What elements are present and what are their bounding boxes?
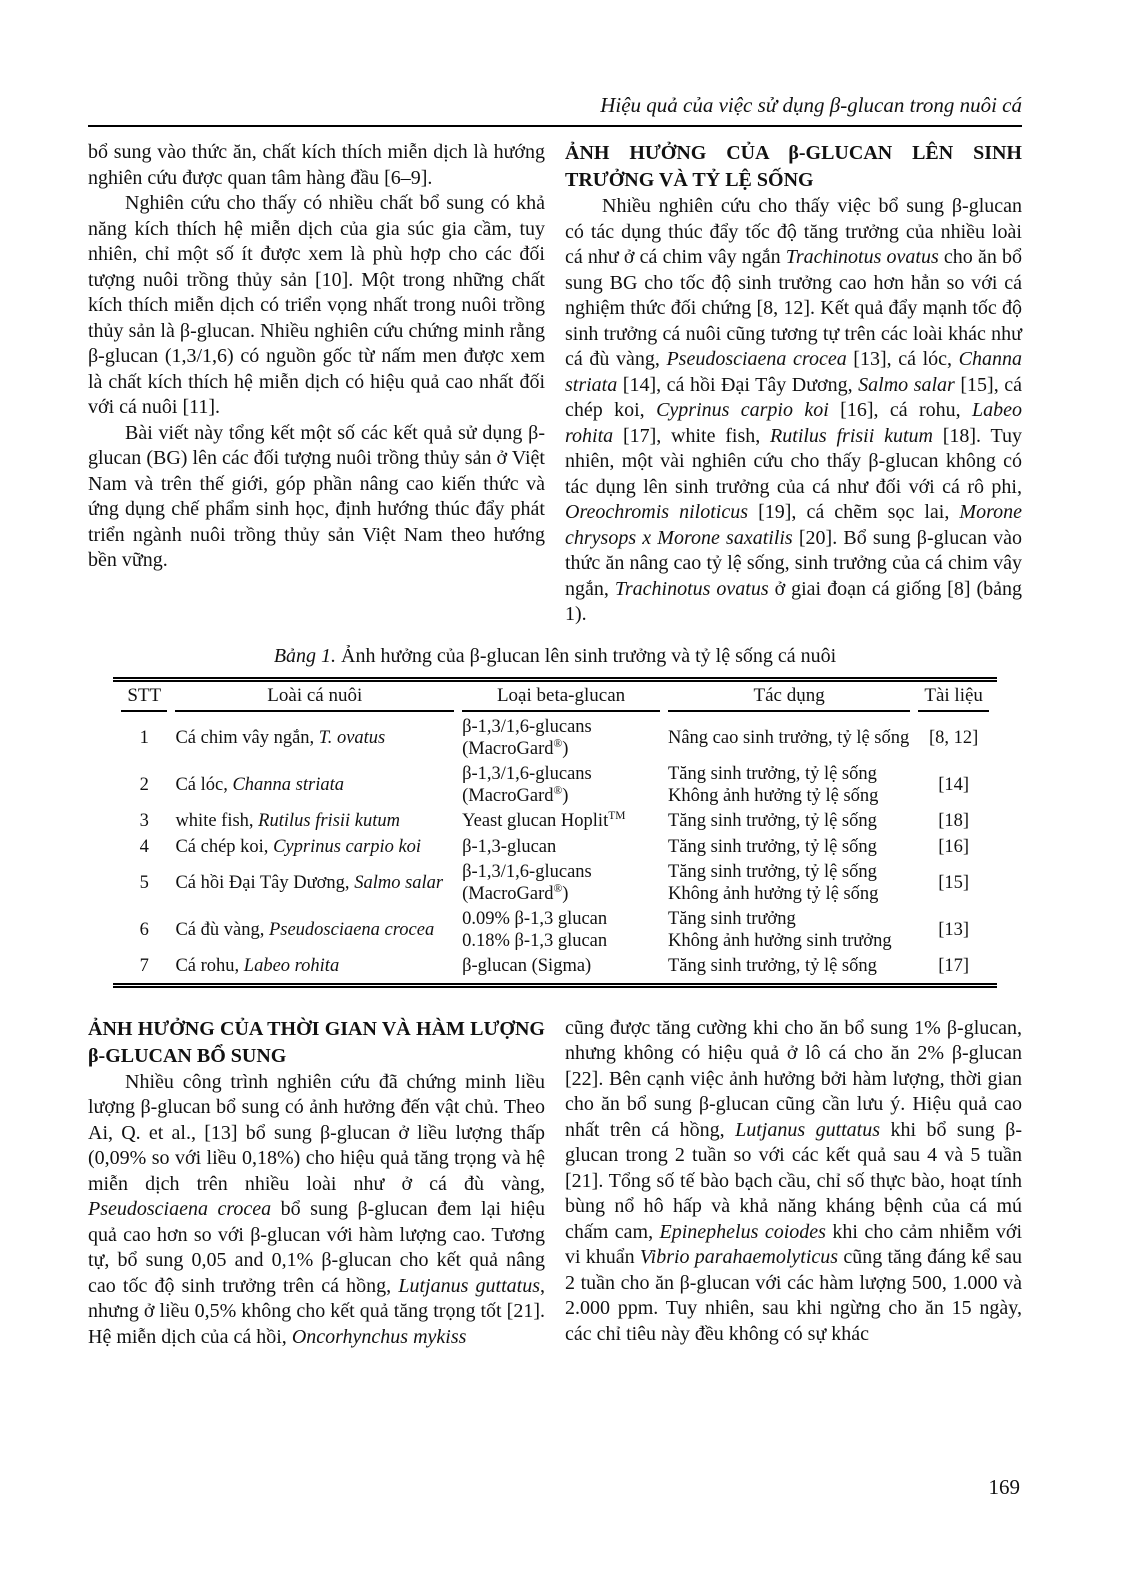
col-header-species: Loài cá nuôi <box>175 682 454 713</box>
cell-glucan-type: β-1,3/1,6-glucans(MacroGard®) <box>462 762 660 809</box>
table-row: 6 Cá đù vàng, Pseudosciaena crocea 0.09%… <box>121 907 989 954</box>
section-heading-growth-survival: ẢNH HƯỞNG CỦA β-GLUCAN LÊN SINH TRƯỞNG V… <box>565 140 1022 194</box>
cell-reference: [14] <box>918 762 989 809</box>
cell-reference: [15] <box>918 860 989 907</box>
cell-glucan-type: β-1,3/1,6-glucans(MacroGard®) <box>462 712 660 762</box>
table-1-rules: STT Loài cá nuôi Loại beta-glucan Tác dụ… <box>113 677 997 988</box>
table-row: 1 Cá chim vây ngắn, T. ovatus β-1,3/1,6-… <box>121 712 989 762</box>
cell-reference: [18] <box>918 809 989 835</box>
cell-reference: [13] <box>918 907 989 954</box>
paragraph-intro-3: Bài viết này tổng kết một số các kết quả… <box>88 421 545 574</box>
cell-stt: 7 <box>121 954 167 983</box>
top-columns: bổ sung vào thức ăn, chất kích thích miễ… <box>88 140 1022 628</box>
table-1-head: STT Loài cá nuôi Loại beta-glucan Tác dụ… <box>121 682 989 713</box>
cell-species: Cá lóc, Channa striata <box>175 762 454 809</box>
table-row: 2 Cá lóc, Channa striata β-1,3/1,6-gluca… <box>121 762 989 809</box>
cell-glucan-type: 0.09% β-1,3 glucan0.18% β-1,3 glucan <box>462 907 660 954</box>
col-header-effect: Tác dụng <box>668 682 910 713</box>
cell-glucan-type: Yeast glucan HoplitTM <box>462 809 660 835</box>
paper-page: Hiệu quả của việc sử dụng β-glucan trong… <box>0 0 1122 1594</box>
bottom-columns: ẢNH HƯỞNG CỦA THỜI GIAN VÀ HÀM LƯỢNG β-G… <box>88 1016 1022 1351</box>
cell-effect: Nâng cao sinh trưởng, tỷ lệ sống <box>668 712 910 762</box>
cell-stt: 5 <box>121 860 167 907</box>
cell-reference: [17] <box>918 954 989 983</box>
cell-reference: [8, 12] <box>918 712 989 762</box>
cell-stt: 4 <box>121 835 167 861</box>
cell-species: Cá hồi Đại Tây Dương, Salmo salar <box>175 860 454 907</box>
cell-stt: 3 <box>121 809 167 835</box>
table-1-caption-label: Bảng 1. <box>274 645 336 667</box>
table-1-body: 1 Cá chim vây ngắn, T. ovatus β-1,3/1,6-… <box>121 712 989 983</box>
right-column-bottom: cũng được tăng cường khi cho ăn bổ sung … <box>565 1016 1022 1351</box>
cell-effect: Tăng sinh trưởng, tỷ lệ sống <box>668 835 910 861</box>
table-row: 4 Cá chép koi, Cyprinus carpio koi β-1,3… <box>121 835 989 861</box>
cell-species: Cá chim vây ngắn, T. ovatus <box>175 712 454 762</box>
table-row: 3 white fish, Rutilus frisii kutum Yeast… <box>121 809 989 835</box>
cell-stt: 1 <box>121 712 167 762</box>
cell-glucan-type: β-1,3/1,6-glucans(MacroGard®) <box>462 860 660 907</box>
cell-stt: 6 <box>121 907 167 954</box>
col-header-glucan-type: Loại beta-glucan <box>462 682 660 713</box>
cell-effect: Tăng sinh trưởng, tỷ lệ sốngKhông ảnh hư… <box>668 860 910 907</box>
paragraph-section2-right: cũng được tăng cường khi cho ăn bổ sung … <box>565 1016 1022 1348</box>
table-1-block: Bảng 1. Ảnh hưởng của β-glucan lên sinh … <box>88 644 1022 988</box>
left-column-bottom: ẢNH HƯỞNG CỦA THỜI GIAN VÀ HÀM LƯỢNG β-G… <box>88 1016 545 1351</box>
cell-species: Cá rohu, Labeo rohita <box>175 954 454 983</box>
table-header-row: STT Loài cá nuôi Loại beta-glucan Tác dụ… <box>121 682 989 713</box>
running-title: Hiệu quả của việc sử dụng β-glucan trong… <box>600 93 1022 117</box>
table-1: STT Loài cá nuôi Loại beta-glucan Tác dụ… <box>113 682 997 983</box>
cell-glucan-type: β-glucan (Sigma) <box>462 954 660 983</box>
paragraph-intro-2: Nghiên cứu cho thấy có nhiều chất bổ sun… <box>88 191 545 421</box>
cell-species: white fish, Rutilus frisii kutum <box>175 809 454 835</box>
cell-glucan-type: β-1,3-glucan <box>462 835 660 861</box>
paragraph-intro-1: bổ sung vào thức ăn, chất kích thích miễ… <box>88 140 545 191</box>
page-number: 169 <box>989 1475 1021 1500</box>
table-row: 7 Cá rohu, Labeo rohita β-glucan (Sigma)… <box>121 954 989 983</box>
col-header-stt: STT <box>121 682 167 713</box>
section-heading-time-dose: ẢNH HƯỞNG CỦA THỜI GIAN VÀ HÀM LƯỢNG β-G… <box>88 1016 545 1070</box>
cell-species: Cá chép koi, Cyprinus carpio koi <box>175 835 454 861</box>
paragraph-section1-1: Nhiều nghiên cứu cho thấy việc bổ sung β… <box>565 194 1022 628</box>
cell-effect: Tăng sinh trưởng, tỷ lệ sốngKhông ảnh hư… <box>668 762 910 809</box>
cell-effect: Tăng sinh trưởng, tỷ lệ sống <box>668 954 910 983</box>
left-column-top: bổ sung vào thức ăn, chất kích thích miễ… <box>88 140 545 628</box>
running-head: Hiệu quả của việc sử dụng β-glucan trong… <box>88 92 1022 127</box>
table-row: 5 Cá hồi Đại Tây Dương, Salmo salar β-1,… <box>121 860 989 907</box>
cell-species: Cá đù vàng, Pseudosciaena crocea <box>175 907 454 954</box>
table-1-caption-text: Ảnh hưởng của β-glucan lên sinh trưởng v… <box>336 645 836 667</box>
cell-effect: Tăng sinh trưởng, tỷ lệ sống <box>668 809 910 835</box>
paragraph-section2-left: Nhiều công trình nghiên cứu đã chứng min… <box>88 1070 545 1351</box>
table-1-caption: Bảng 1. Ảnh hưởng của β-glucan lên sinh … <box>88 644 1022 668</box>
col-header-reference: Tài liệu <box>918 682 989 713</box>
cell-stt: 2 <box>121 762 167 809</box>
cell-reference: [16] <box>918 835 989 861</box>
cell-effect: Tăng sinh trưởngKhông ảnh hưởng sinh trư… <box>668 907 910 954</box>
page-content: Hiệu quả của việc sử dụng β-glucan trong… <box>0 0 1122 1350</box>
right-column-top: ẢNH HƯỞNG CỦA β-GLUCAN LÊN SINH TRƯỞNG V… <box>565 140 1022 628</box>
